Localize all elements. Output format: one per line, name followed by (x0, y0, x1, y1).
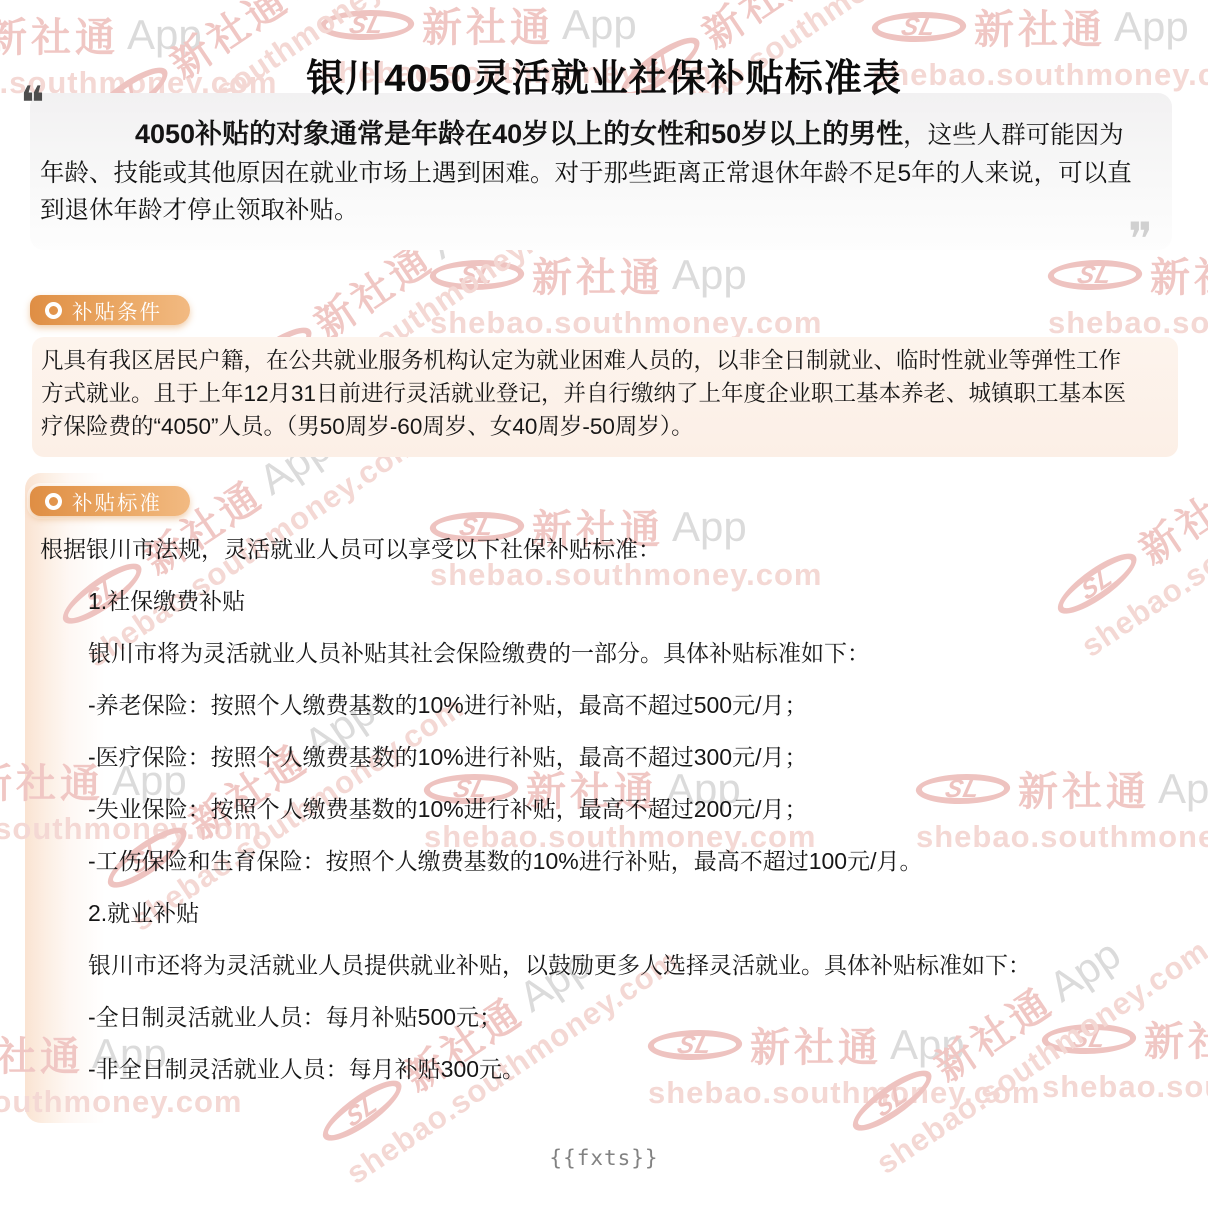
watermark-brand-en: App (672, 251, 747, 299)
watermark-brand-cn: 新社通 (532, 246, 664, 303)
watermark-brand-en: App (276, 0, 365, 8)
paragraph: -工伤保险和生育保险：按照个人缴费基数的10%进行补贴，最高不超过100元/月。 (88, 848, 1165, 874)
section-badge-label: 补贴条件 (72, 295, 162, 325)
paragraph: 银川市还将为灵活就业人员提供就业补贴，以鼓励更多人选择灵活就业。具体补贴标准如下… (88, 952, 1165, 978)
paragraph: -医疗保险：按照个人缴费基数的10%进行补贴，最高不超过300元/月； (88, 744, 1165, 770)
watermark-brand-cn: 新社通 (422, 0, 554, 53)
paragraph: -全日制灵活就业人员：每月补贴500元； (88, 1004, 1165, 1030)
paragraph: 银川市将为灵活就业人员补贴其社会保险缴费的一部分。具体补贴标准如下： (88, 640, 1165, 666)
footer-placeholder: {{fxts}} (0, 1146, 1208, 1170)
page-title: 银川4050灵活就业社保补贴标准表 (0, 47, 1208, 102)
watermark: SL新社通Appshebao.southmoney.com (430, 246, 823, 341)
section-badge-standards: 补贴标准 (30, 486, 190, 516)
brand-logo-icon: SL (316, 10, 417, 40)
brand-logo-icon: SL (426, 260, 527, 290)
paragraph: -失业保险：按照个人缴费基数的10%进行补贴，最高不超过200元/月； (88, 796, 1165, 822)
paragraph: -养老保险：按照个人缴费基数的10%进行补贴，最高不超过500元/月； (88, 692, 1165, 718)
paragraph: 1.社保缴费补贴 (88, 588, 1165, 614)
paragraph: 凡具有我区居民户籍，在公共就业服务机构认定为就业困难人员的，以非全日制就业、临时… (32, 337, 1178, 443)
standards-content: 根据银川市法规，灵活就业人员可以享受以下社保补贴标准：1.社保缴费补贴银川市将为… (40, 536, 1165, 1108)
paragraph: -非全日制灵活就业人员：每月补贴300元。 (88, 1056, 1165, 1082)
watermark-brand-en: App (562, 1, 637, 49)
section-badge-label: 补贴标准 (72, 486, 162, 516)
watermark-brand-cn: 新社通 (1150, 246, 1208, 303)
circle-ring-icon (45, 302, 62, 319)
circle-ring-icon (45, 493, 62, 510)
watermark-brand-en: App (1114, 3, 1189, 51)
conditions-panel: 凡具有我区居民户籍，在公共就业服务机构认定为就业困难人员的，以非全日制就业、临时… (32, 337, 1178, 457)
watermark-url: shebao.southmoney.com (1048, 305, 1208, 341)
paragraph: 2.就业补贴 (88, 900, 1165, 926)
quote-bold-text: 4050补贴的对象通常是年龄在40岁以上的女性和50岁以上的男性 (135, 119, 903, 149)
section-badge-conditions: 补贴条件 (30, 295, 190, 325)
quote-text: 4050补贴的对象通常是年龄在40岁以上的女性和50岁以上的男性，这些人群可能因… (40, 116, 1144, 230)
paragraph: 根据银川市法规，灵活就业人员可以享受以下社保补贴标准： (40, 536, 1165, 562)
watermark-url: shebao.southmoney.com (430, 305, 823, 341)
brand-logo-icon: SL (868, 12, 969, 42)
